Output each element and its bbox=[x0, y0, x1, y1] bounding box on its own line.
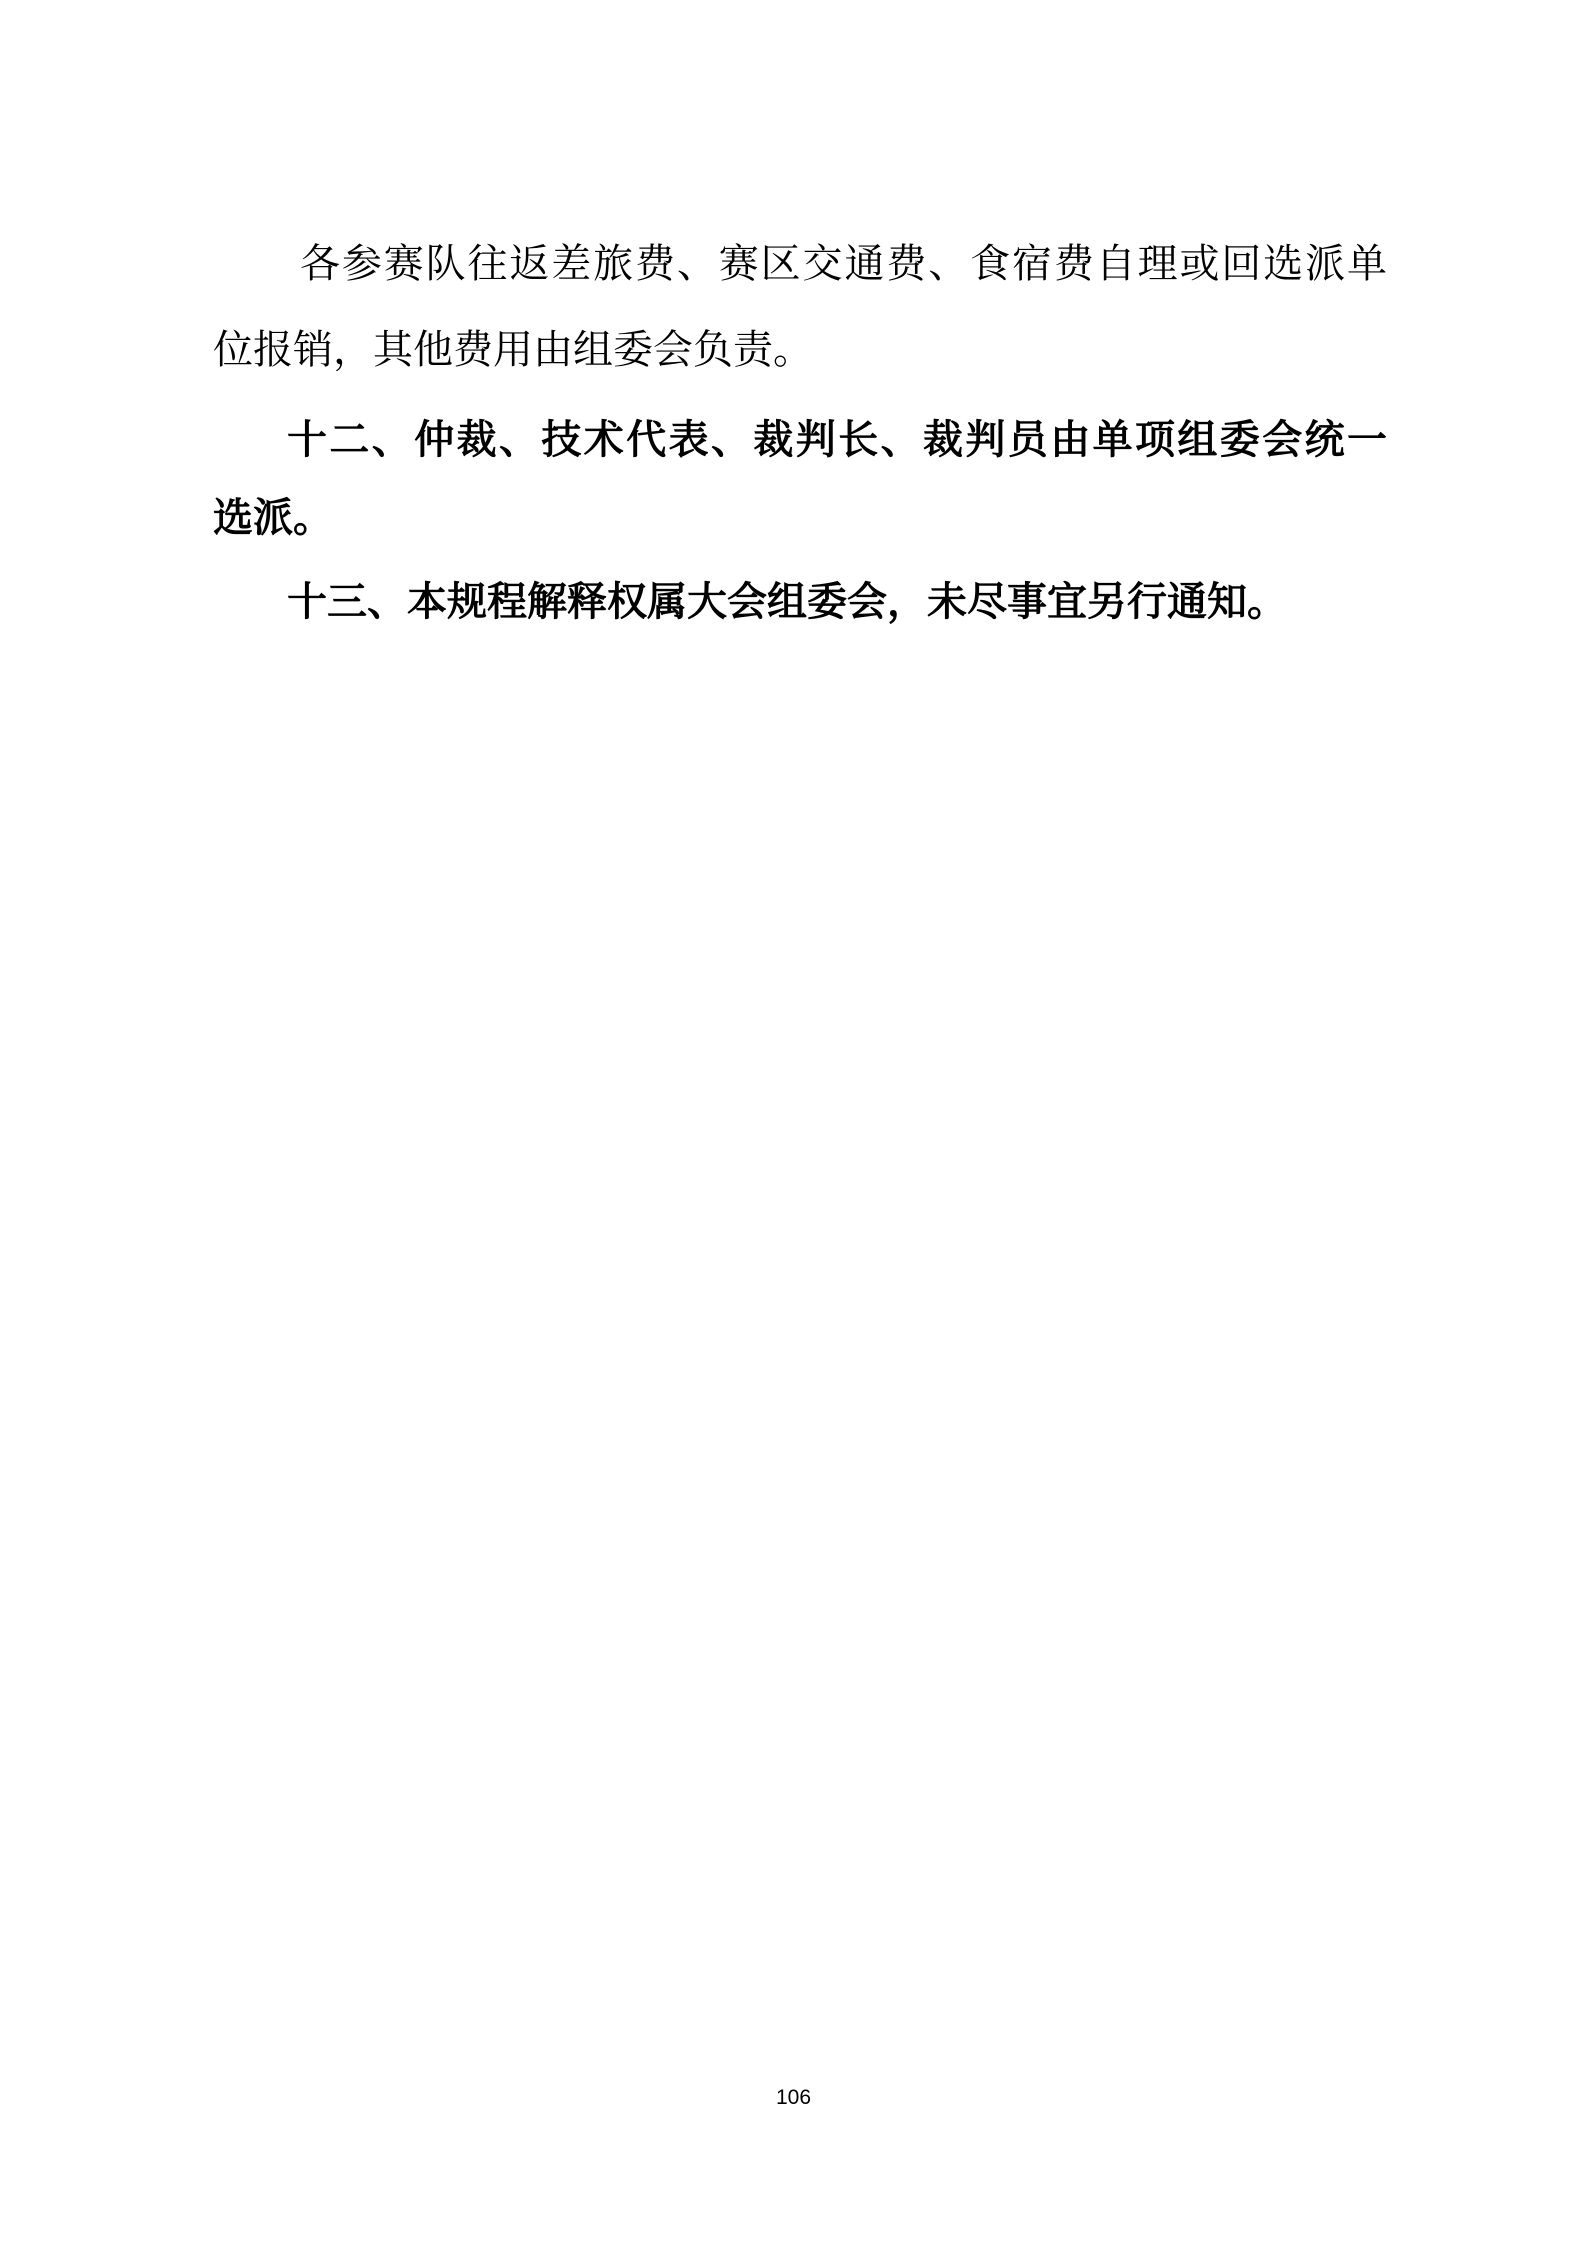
section-12-line-2: 选派。 bbox=[213, 494, 333, 542]
section-12-line-1: 十二、仲裁、技术代表、裁判长、裁判员由单项组委会统一 bbox=[287, 416, 1387, 464]
section-13-line-1: 十三、本规程解释权属大会组委会，未尽事宜另行通知。 bbox=[287, 578, 1287, 626]
page-number: 106 bbox=[0, 2086, 1587, 2110]
document-page: 各参赛队往返差旅费、赛区交通费、食宿费自理或回选派单 位报销，其他费用由组委会负… bbox=[0, 0, 1587, 2245]
paragraph-expenses-line-2: 位报销，其他费用由组委会负责。 bbox=[213, 326, 813, 374]
paragraph-expenses-line-1: 各参赛队往返差旅费、赛区交通费、食宿费自理或回选派单 bbox=[300, 240, 1387, 288]
